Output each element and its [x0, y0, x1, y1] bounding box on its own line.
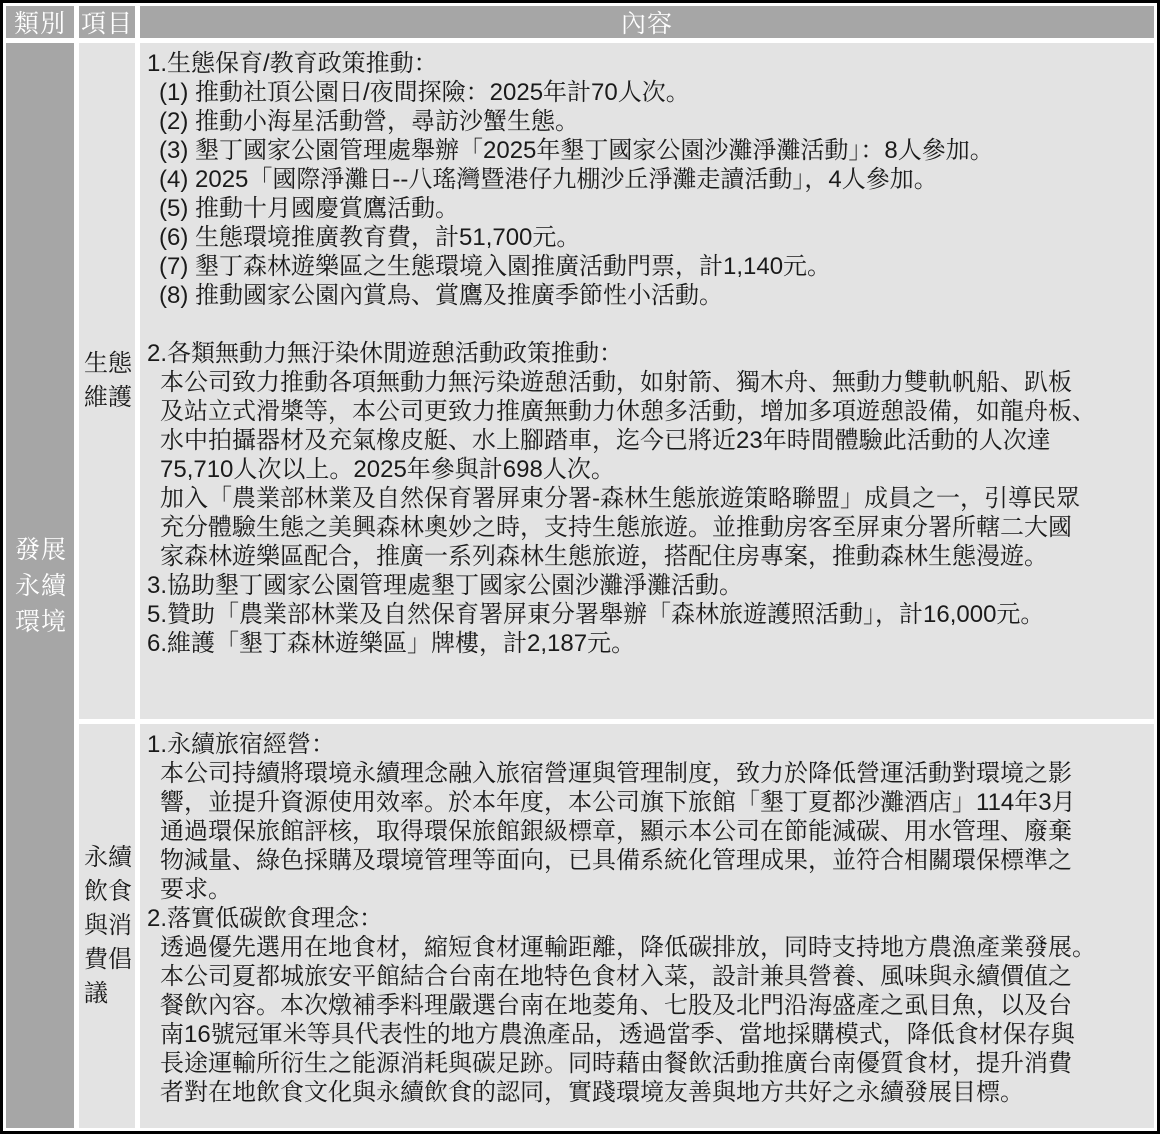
content-line: 者對在地飲食文化與永續飲食的認同，實踐環境友善與地方共好之永續發展目標。 — [140, 1078, 1154, 1107]
content-line: 本公司持續將環境永續理念融入旅宿營運與管理制度，致力於降低營運活動對環境之影 — [140, 759, 1154, 788]
content-line: 本公司夏都城旅安平館結合台南在地特色食材入菜，設計兼具營養、風味與永續價值之 — [140, 962, 1154, 991]
esg-report-table: 類別 項目 內容 發展永續環境 生態維護 1.生態保育/教育政策推動：(1) 推… — [0, 0, 1160, 1134]
content-line: 75,710人次以上。2025年參與計698人次。 — [140, 455, 1154, 484]
table-grid: 類別 項目 內容 發展永續環境 生態維護 1.生態保育/教育政策推動：(1) 推… — [6, 6, 1154, 1128]
header-category: 類別 — [6, 6, 74, 38]
content-line: 南16號冠軍米等具代表性的地方農漁產品，透過當季、當地採購模式，降低食材保存與 — [140, 1020, 1154, 1049]
category-cell-sustainable-environment: 發展永續環境 — [6, 43, 74, 1128]
content-line: (1) 推動社頂公園日/夜間探險：2025年計70人次。 — [140, 78, 1154, 107]
content-line: 6.維護「墾丁森林遊樂區」牌樓，計2,187元。 — [140, 629, 1154, 658]
content-line: 響，並提升資源使用效率。於本年度，本公司旗下旅館「墾丁夏都沙灘酒店」114年3月 — [140, 788, 1154, 817]
content-line: 餐飲內容。本次燉補季料理嚴選台南在地菱角、七股及北門沿海盛產之虱目魚，以及台 — [140, 991, 1154, 1020]
content-line: 透過優先選用在地食材，縮短食材運輸距離，降低碳排放，同時支持地方農漁產業發展。 — [140, 933, 1154, 962]
header-content: 內容 — [140, 6, 1154, 38]
content-line: 要求。 — [140, 875, 1154, 904]
content-line: 2.落實低碳飲食理念： — [140, 904, 1154, 933]
content-line — [140, 310, 1154, 339]
content-line: (7) 墾丁森林遊樂區之生態環境入園推廣活動門票，計1,140元。 — [140, 252, 1154, 281]
content-line: 2.各類無動力無汙染休閒遊憩活動政策推動： — [140, 339, 1154, 368]
content-line: (8) 推動國家公園內賞鳥、賞鷹及推廣季節性小活動。 — [140, 281, 1154, 310]
content-line: 5.贊助「農業部林業及自然保育署屏東分署舉辦「森林旅遊護照活動」，計16,000… — [140, 600, 1154, 629]
content-line: 充分體驗生態之美興森林奧妙之時，支持生態旅遊。並推動房客至屏東分署所轄二大國 — [140, 513, 1154, 542]
content-line: 長途運輸所衍生之能源消耗與碳足跡。同時藉由餐飲活動推廣台南優質食材，提升消費 — [140, 1049, 1154, 1078]
content-line: (2) 推動小海星活動營，尋訪沙蟹生態。 — [140, 107, 1154, 136]
content-line: 及站立式滑槳等，本公司更致力推廣無動力休憩多活動，增加多項遊憩設備，如龍舟板、 — [140, 397, 1154, 426]
content-line: 加入「農業部林業及自然保育署屏東分署-森林生態旅遊策略聯盟」成員之一，引導民眾 — [140, 484, 1154, 513]
header-item: 項目 — [79, 6, 135, 38]
content-line: (3) 墾丁國家公園管理處舉辦「2025年墾丁國家公園沙灘淨灘活動」：8人參加。 — [140, 136, 1154, 165]
content-line: (5) 推動十月國慶賞鷹活動。 — [140, 194, 1154, 223]
content-line: 通過環保旅館評核，取得環保旅館銀級標章，顯示本公司在節能減碳、用水管理、廢棄 — [140, 817, 1154, 846]
content-line: 水中拍攝器材及充氣橡皮艇、水上腳踏車，迄今已將近23年時間體驗此活動的人次達 — [140, 426, 1154, 455]
content-line: 3.協助墾丁國家公園管理處墾丁國家公園沙灘淨灘活動。 — [140, 571, 1154, 600]
content-line: 物減量、綠色採購及環境管理等面向，已具備系統化管理成果，並符合相關環保標準之 — [140, 846, 1154, 875]
content-line: 1.永續旅宿經營： — [140, 730, 1154, 759]
content-line: (6) 生態環境推廣教育費，計51,700元。 — [140, 223, 1154, 252]
content-cell-ecological-maintenance: 1.生態保育/教育政策推動：(1) 推動社頂公園日/夜間探險：2025年計70人… — [140, 43, 1154, 719]
item-cell-sustainable-food: 永續飲食與消費倡議 — [79, 724, 135, 1128]
content-line: (4) 2025「國際淨灘日--八瑤灣暨港仔九棚沙丘淨灘走讀活動」，4人參加。 — [140, 165, 1154, 194]
item-cell-ecological-maintenance: 生態維護 — [79, 43, 135, 719]
content-line: 本公司致力推動各項無動力無污染遊憩活動，如射箭、獨木舟、無動力雙軌帆船、趴板 — [140, 368, 1154, 397]
content-line: 家森林遊樂區配合，推廣一系列森林生態旅遊，搭配住房專案，推動森林生態漫遊。 — [140, 542, 1154, 571]
content-line: 1.生態保育/教育政策推動： — [140, 49, 1154, 78]
content-cell-sustainable-food: 1.永續旅宿經營：本公司持續將環境永續理念融入旅宿營運與管理制度，致力於降低營運… — [140, 724, 1154, 1128]
